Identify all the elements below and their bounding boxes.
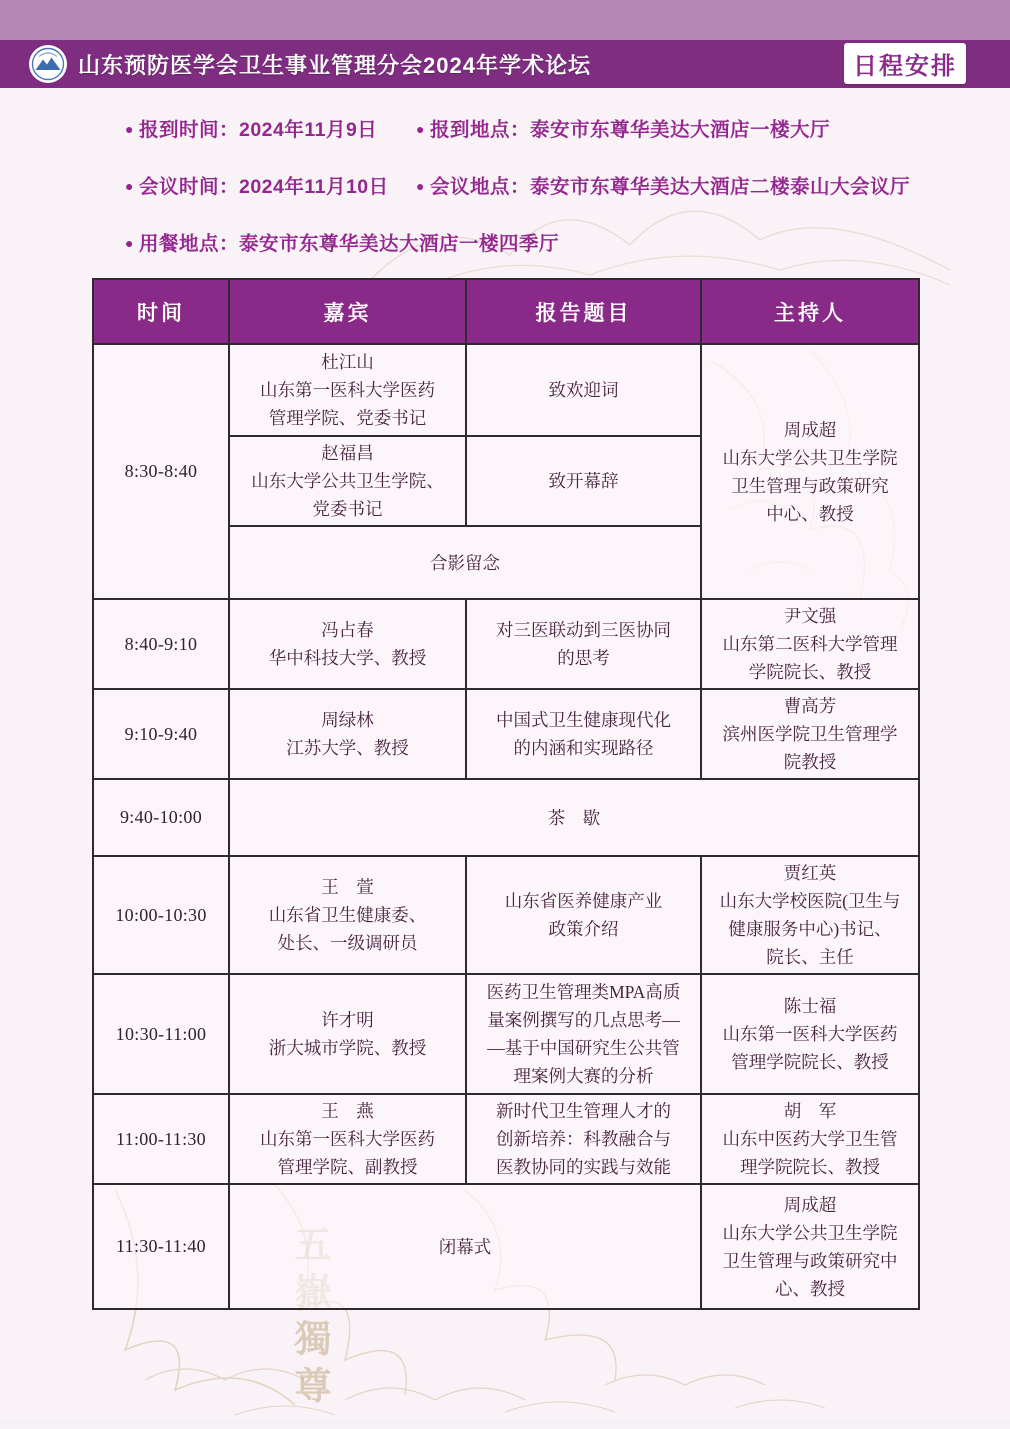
bullet-icon: ● (125, 235, 134, 251)
table-row: 10:00-10:30 王 萱 山东省卫生健康委、 处长、一级调研员 山东省医养… (93, 856, 919, 974)
closing-ceremony-cell: 闭幕式 (229, 1184, 701, 1309)
column-header-host: 主持人 (701, 279, 919, 344)
meeting-time: ●会议时间：2024年11月10日 (125, 173, 416, 200)
topic-cell: 山东省医养健康产业 政策介绍 (466, 856, 701, 974)
info-row: ●会议时间：2024年11月10日 ●会议地点：泰安市东尊华美达大酒店二楼泰山大… (125, 173, 910, 200)
table-row: 8:30-8:40 杜江山 山东第一医科大学医药 管理学院、党委书记 致欢迎词 … (93, 344, 919, 436)
column-header-topic: 报告题目 (466, 279, 701, 344)
host-cell: 胡 军 山东中医药大学卫生管 理学院院长、教授 (701, 1094, 919, 1184)
page-title: 山东预防医学会卫生事业管理分会2024年学术论坛 (78, 49, 591, 80)
guest-cell: 周绿林 江苏大学、教授 (229, 689, 466, 779)
topic-cell: 新时代卫生管理人才的 创新培养：科教融合与 医教协同的实践与效能 (466, 1094, 701, 1184)
column-header-guest: 嘉宾 (229, 279, 466, 344)
host-cell: 曹高芳 滨州医学院卫生管理学 院教授 (701, 689, 919, 779)
bottom-margin (0, 1420, 1010, 1429)
tea-break-cell: 茶 歇 (229, 779, 919, 856)
host-cell: 周成超 山东大学公共卫生学院 卫生管理与政策研究中 心、教授 (701, 1184, 919, 1309)
dining-place: ●用餐地点：泰安市东尊华美达大酒店一楼四季厅 (125, 230, 416, 257)
time-cell: 11:00-11:30 (93, 1094, 229, 1184)
header-row: 时间 嘉宾 报告题目 主持人 (93, 279, 919, 344)
host-cell: 贾红英 山东大学校医院(卫生与 健康服务中心)书记、 院长、主任 (701, 856, 919, 974)
bullet-icon: ● (416, 121, 425, 137)
registration-place: ●报到地点：泰安市东尊华美达大酒店一楼大厅 (416, 116, 830, 143)
registration-time: ●报到时间：2024年11月9日 (125, 116, 416, 143)
info-row: ●用餐地点：泰安市东尊华美达大酒店一楼四季厅 (125, 230, 910, 257)
table-row: 11:30-11:40 闭幕式 周成超 山东大学公共卫生学院 卫生管理与政策研究… (93, 1184, 919, 1309)
table-row: 8:40-9:10 冯占春 华中科技大学、教授 对三医联动到三医协同 的思考 尹… (93, 599, 919, 689)
topic-cell: 致开幕辞 (466, 436, 701, 526)
table-row: 10:30-11:00 许才明 浙大城市学院、教授 医药卫生管理类MPA高质 量… (93, 974, 919, 1094)
host-cell: 周成超 山东大学公共卫生学院 卫生管理与政策研究 中心、教授 (701, 344, 919, 599)
schedule-badge: 日程安排 (844, 43, 966, 84)
time-cell: 10:30-11:00 (93, 974, 229, 1094)
topic-cell: 对三医联动到三医协同 的思考 (466, 599, 701, 689)
schedule-table: 时间 嘉宾 报告题目 主持人 8:30-8:40 杜江山 山东第一医科大学医药 … (92, 278, 920, 1310)
table-row: 11:00-11:30 王 燕 山东第一医科大学医药 管理学院、副教授 新时代卫… (93, 1094, 919, 1184)
time-cell: 9:40-10:00 (93, 779, 229, 856)
merged-activity-cell: 合影留念 (229, 526, 701, 599)
host-cell: 尹文强 山东第二医科大学管理 学院院长、教授 (701, 599, 919, 689)
guest-cell: 冯占春 华中科技大学、教授 (229, 599, 466, 689)
host-cell: 陈士福 山东第一医科大学医药 管理学院院长、教授 (701, 974, 919, 1094)
schedule-page: 山东预防医学会卫生事业管理分会2024年学术论坛 日程安排 五嶽獨尊 ●报到时间… (0, 0, 1010, 1429)
topic-cell: 致欢迎词 (466, 344, 701, 436)
topic-cell: 中国式卫生健康现代化 的内涵和实现路径 (466, 689, 701, 779)
info-row: ●报到时间：2024年11月9日 ●报到地点：泰安市东尊华美达大酒店一楼大厅 (125, 116, 910, 143)
topic-cell: 医药卫生管理类MPA高质 量案例撰写的几点思考— —基于中国研究生公共管 理案例… (466, 974, 701, 1094)
guest-cell: 杜江山 山东第一医科大学医药 管理学院、党委书记 (229, 344, 466, 436)
bullet-icon: ● (125, 121, 134, 137)
guest-cell: 王 燕 山东第一医科大学医药 管理学院、副教授 (229, 1094, 466, 1184)
column-header-time: 时间 (93, 279, 229, 344)
bullet-icon: ● (125, 178, 134, 194)
guest-cell: 赵福昌 山东大学公共卫生学院、 党委书记 (229, 436, 466, 526)
time-cell: 9:10-9:40 (93, 689, 229, 779)
table-row: 9:10-9:40 周绿林 江苏大学、教授 中国式卫生健康现代化 的内涵和实现路… (93, 689, 919, 779)
meeting-place: ●会议地点：泰安市东尊华美达大酒店二楼泰山大会议厅 (416, 173, 910, 200)
header-bar: 山东预防医学会卫生事业管理分会2024年学术论坛 日程安排 (0, 40, 1010, 88)
info-section: ●报到时间：2024年11月9日 ●报到地点：泰安市东尊华美达大酒店一楼大厅 ●… (125, 116, 910, 287)
association-logo-icon (28, 44, 68, 84)
table-row: 9:40-10:00 茶 歇 (93, 779, 919, 856)
time-cell: 8:30-8:40 (93, 344, 229, 599)
time-cell: 8:40-9:10 (93, 599, 229, 689)
bullet-icon: ● (416, 178, 425, 194)
schedule-badge-label: 日程安排 (853, 46, 957, 81)
guest-cell: 王 萱 山东省卫生健康委、 处长、一级调研员 (229, 856, 466, 974)
time-cell: 11:30-11:40 (93, 1184, 229, 1309)
guest-cell: 许才明 浙大城市学院、教授 (229, 974, 466, 1094)
time-cell: 10:00-10:30 (93, 856, 229, 974)
top-band (0, 0, 1010, 40)
